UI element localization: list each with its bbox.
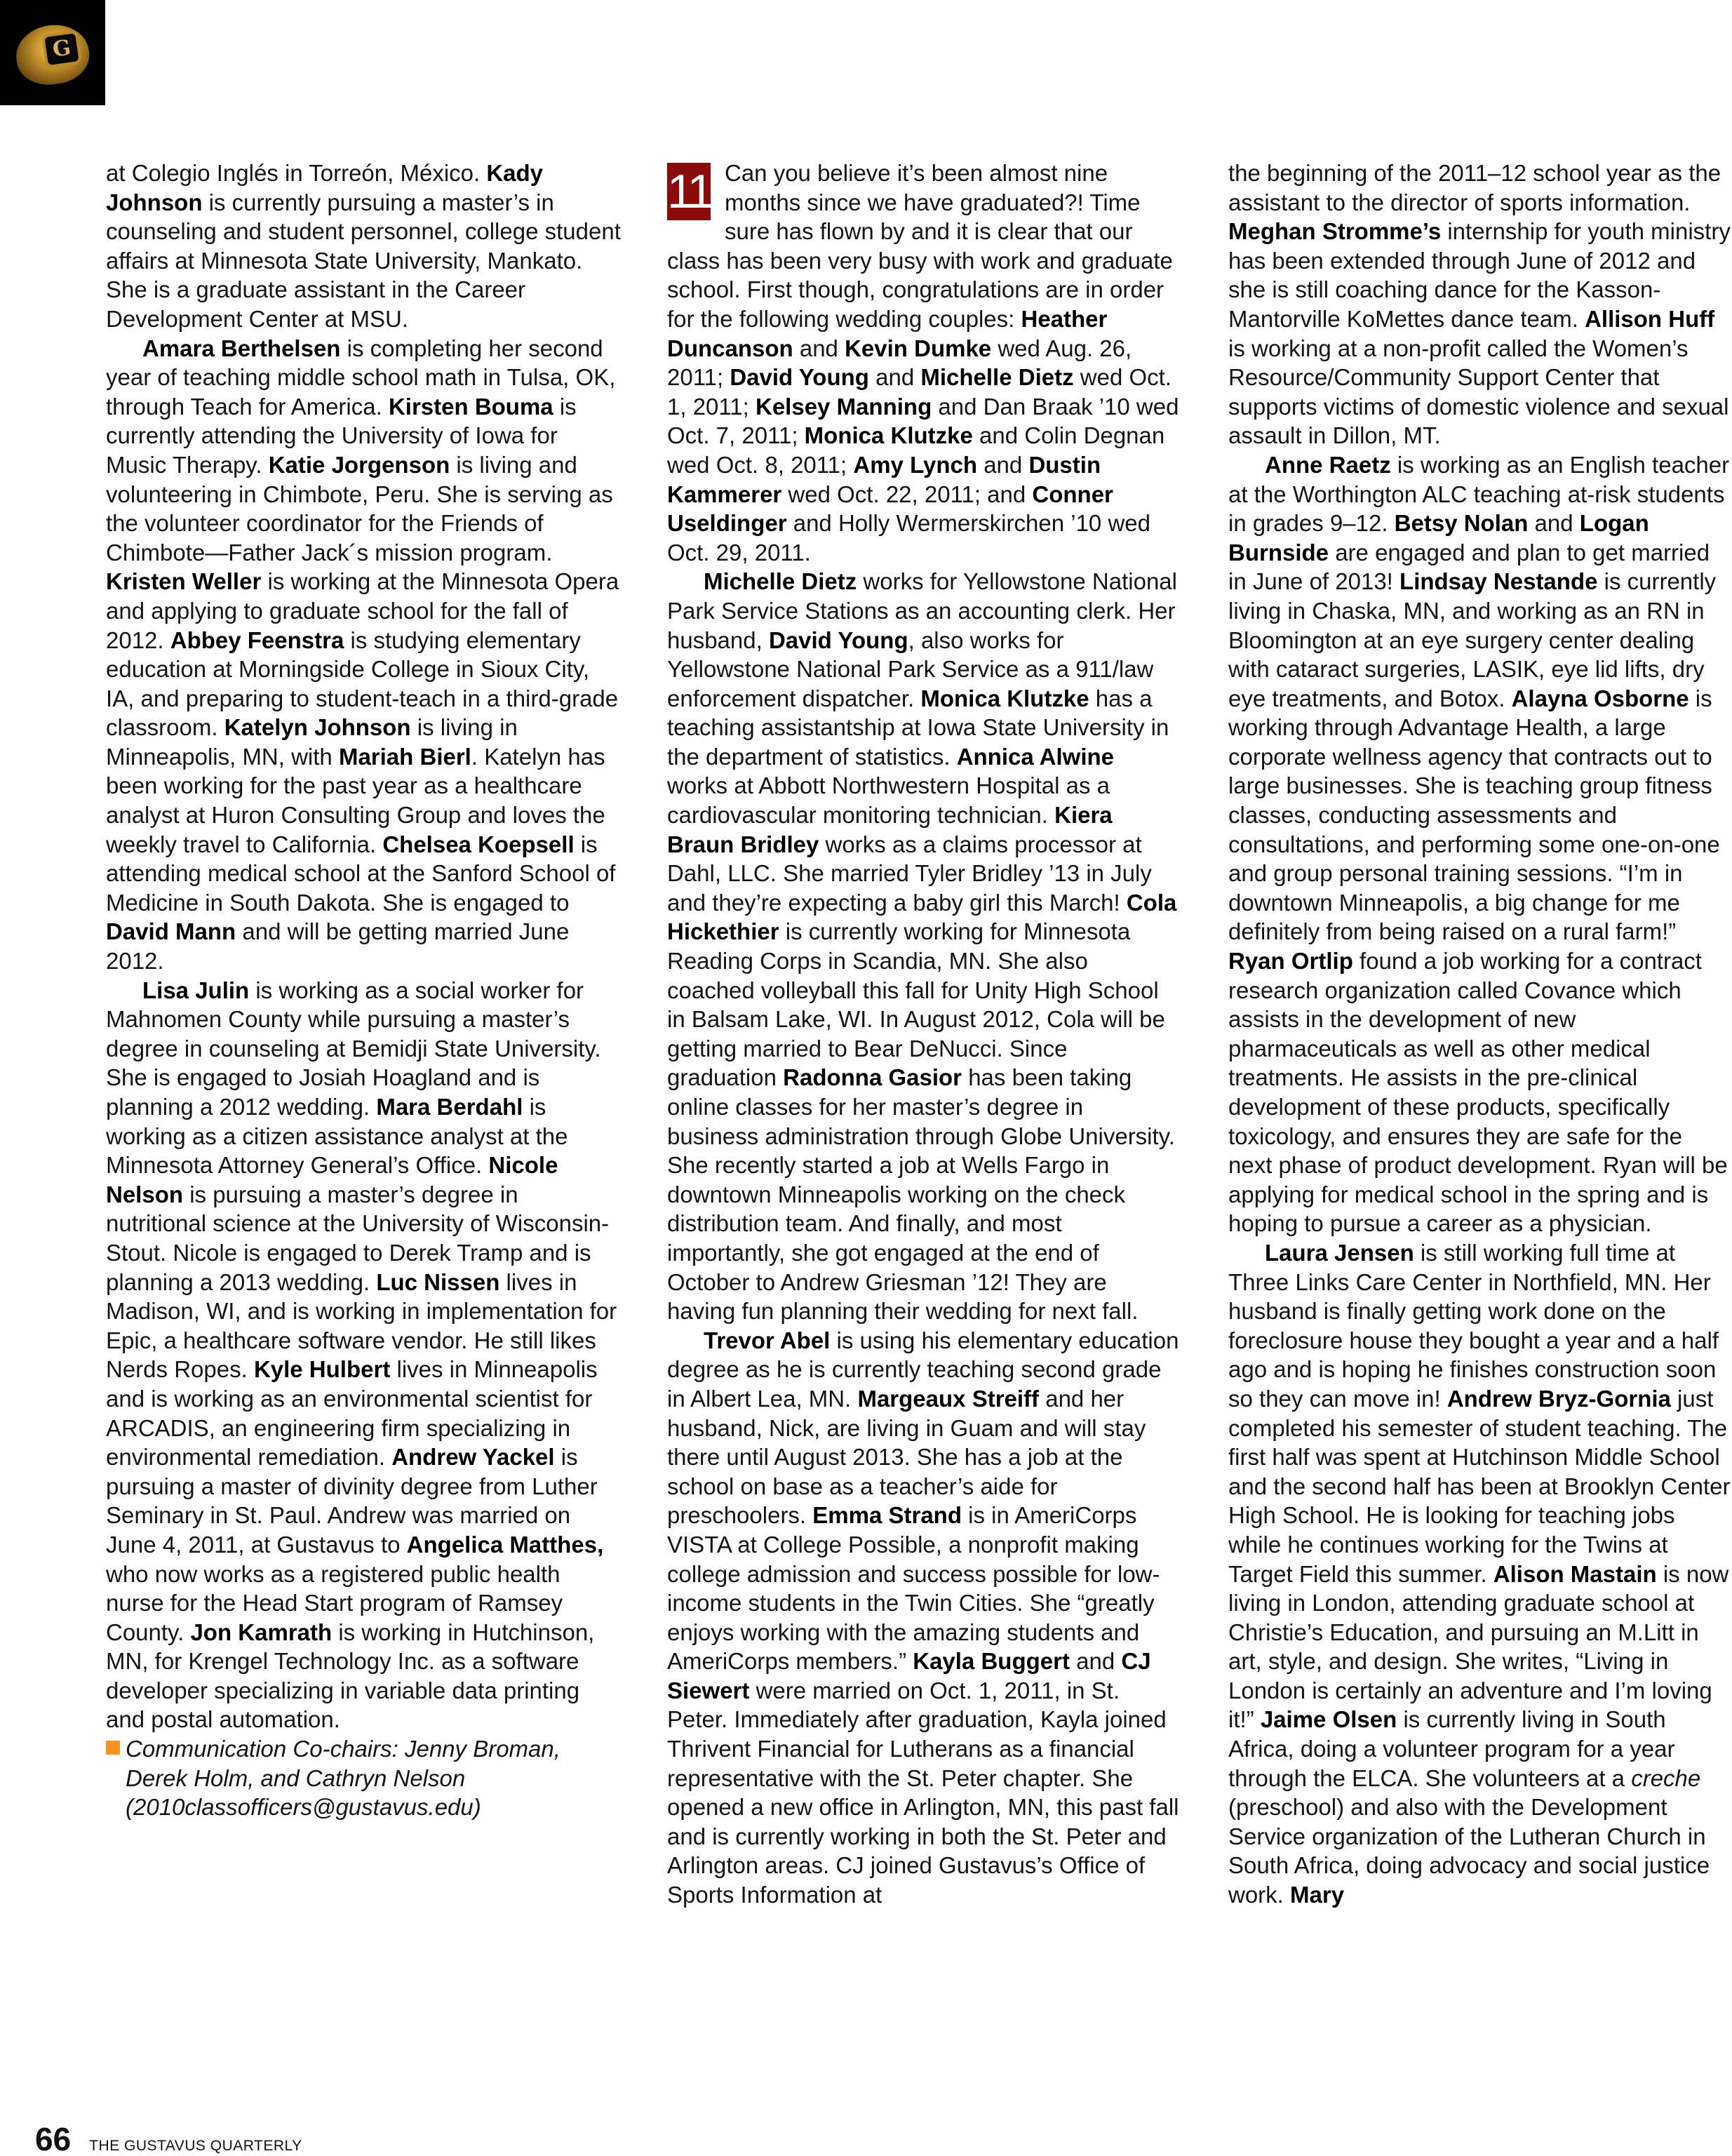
- body-text: found a job working for a contract resea…: [1228, 948, 1728, 1236]
- right-paragraphs: the beginning of the 2011–12 school year…: [1228, 159, 1732, 1910]
- paragraph: Trevor Abel is using his elementary educ…: [667, 1326, 1179, 1910]
- paragraph: Lisa Julin is working as a social worker…: [106, 976, 622, 1734]
- emphasis-text: creche: [1631, 1765, 1700, 1791]
- page-number: 66: [35, 2120, 71, 2156]
- person-name: Andrew Bryz-Gornia: [1447, 1386, 1671, 1412]
- person-name: Meghan Stromme’s: [1228, 218, 1441, 244]
- person-name: Jaime Olsen: [1261, 1706, 1397, 1732]
- person-name: Kyle Hulbert: [254, 1356, 390, 1382]
- person-name: Laura Jensen: [1265, 1240, 1414, 1266]
- person-name: Mary: [1290, 1882, 1344, 1908]
- officers-note-text: Communication Co-chairs: Jenny Broman, D…: [126, 1736, 560, 1820]
- publication-title: THE GUSTAVUS QUARTERLY: [89, 2138, 302, 2155]
- person-name: Katelyn Johnson: [224, 714, 411, 740]
- person-name: Alison Mastain: [1493, 1561, 1657, 1587]
- ring-icon: G: [13, 20, 93, 89]
- person-name: Ryan Ortlip: [1228, 948, 1353, 974]
- person-name: Kelsey Manning: [756, 394, 932, 420]
- person-name: Luc Nissen: [376, 1269, 499, 1295]
- person-name: Chelsea Koepsell: [382, 831, 574, 857]
- left-column: at Colegio Inglés in Torreón, México. Ka…: [106, 159, 622, 1822]
- person-name: Amara Berthelsen: [142, 335, 340, 361]
- body-text: and: [1070, 1648, 1121, 1674]
- body-text: wed Oct. 22, 2011; and: [781, 481, 1032, 507]
- person-name: Alayna Osborne: [1512, 685, 1689, 711]
- body-text: works at Abbott Northwestern Hospital as…: [667, 772, 1110, 828]
- person-name: Radonna Gasior: [783, 1064, 962, 1090]
- person-name: Kristen Weller: [106, 568, 261, 594]
- square-bullet-icon: [106, 1741, 120, 1755]
- person-name: Anne Raetz: [1265, 452, 1391, 478]
- paragraph: Amara Berthelsen is completing her secon…: [106, 334, 622, 976]
- person-name: Mariah Bierl: [339, 744, 471, 770]
- person-name: Allison Huff: [1585, 306, 1714, 332]
- person-name: Margeaux Streiff: [857, 1386, 1039, 1412]
- body-text: just completed his semester of student t…: [1228, 1386, 1730, 1587]
- middle-paragraphs: Can you believe it’s been almost nine mo…: [667, 159, 1179, 1910]
- body-text: the beginning of the 2011–12 school year…: [1228, 160, 1721, 215]
- paragraph: at Colegio Inglés in Torreón, México. Ka…: [106, 159, 622, 334]
- person-name: David Young: [769, 627, 908, 653]
- body-text: and: [1528, 510, 1579, 536]
- person-name: Abbey Feenstra: [170, 627, 344, 653]
- body-text: at Colegio Inglés in Torreón, México.: [106, 160, 486, 186]
- person-name: Michelle Dietz: [920, 364, 1073, 390]
- paragraph: Can you believe it’s been almost nine mo…: [667, 159, 1179, 567]
- officers-note: Communication Co-chairs: Jenny Broman, D…: [106, 1734, 622, 1822]
- body-text: is working at a non-profit called the Wo…: [1228, 335, 1729, 449]
- right-column: the beginning of the 2011–12 school year…: [1228, 159, 1732, 1910]
- body-text: and: [977, 452, 1028, 478]
- paragraph: Anne Raetz is working as an English teac…: [1228, 450, 1732, 1238]
- person-name: Betsy Nolan: [1395, 510, 1529, 536]
- person-name: Mara Berdahl: [376, 1094, 523, 1120]
- ring-letter: G: [41, 30, 82, 69]
- paragraph: Michelle Dietz works for Yellowstone Nat…: [667, 567, 1179, 1325]
- person-name: Kayla Buggert: [913, 1648, 1070, 1674]
- person-name: Amy Lynch: [853, 452, 977, 478]
- person-name: Trevor Abel: [704, 1327, 830, 1353]
- person-name: Jon Kamrath: [190, 1619, 332, 1645]
- paragraph: the beginning of the 2011–12 school year…: [1228, 159, 1732, 450]
- person-name: Emma Strand: [812, 1502, 962, 1528]
- person-name: Monica Klutzke: [920, 685, 1089, 711]
- body-text: and: [793, 335, 845, 361]
- person-name: Kirsten Bouma: [389, 394, 553, 420]
- body-text: has been taking online classes for her m…: [667, 1064, 1175, 1324]
- body-text: and: [869, 364, 920, 390]
- person-name: Andrew Yackel: [391, 1444, 554, 1470]
- person-name: Kevin Dumke: [845, 335, 991, 361]
- class-year-badge: 11: [667, 163, 711, 220]
- middle-column: 11 Can you believe it’s been almost nine…: [667, 159, 1179, 1910]
- person-name: Lisa Julin: [142, 977, 249, 1003]
- class-ring-image: G: [0, 0, 105, 105]
- body-text: is working through Advantage Health, a l…: [1228, 685, 1720, 945]
- person-name: David Young: [730, 364, 869, 390]
- person-name: Annica Alwine: [957, 744, 1114, 770]
- person-name: Katie Jorgenson: [269, 452, 450, 478]
- body-text: were married on Oct. 1, 2011, in St. Pet…: [667, 1678, 1179, 1908]
- left-paragraphs: at Colegio Inglés in Torreón, México. Ka…: [106, 159, 622, 1734]
- person-name: David Mann: [106, 918, 236, 944]
- person-name: Monica Klutzke: [805, 422, 973, 448]
- page-footer: 66 THE GUSTAVUS QUARTERLY: [35, 2120, 302, 2154]
- paragraph: Laura Jensen is still working full time …: [1228, 1238, 1732, 1910]
- person-name: Angelica Matthes,: [407, 1532, 604, 1558]
- person-name: Lindsay Nestande: [1399, 568, 1597, 594]
- person-name: Michelle Dietz: [704, 568, 857, 594]
